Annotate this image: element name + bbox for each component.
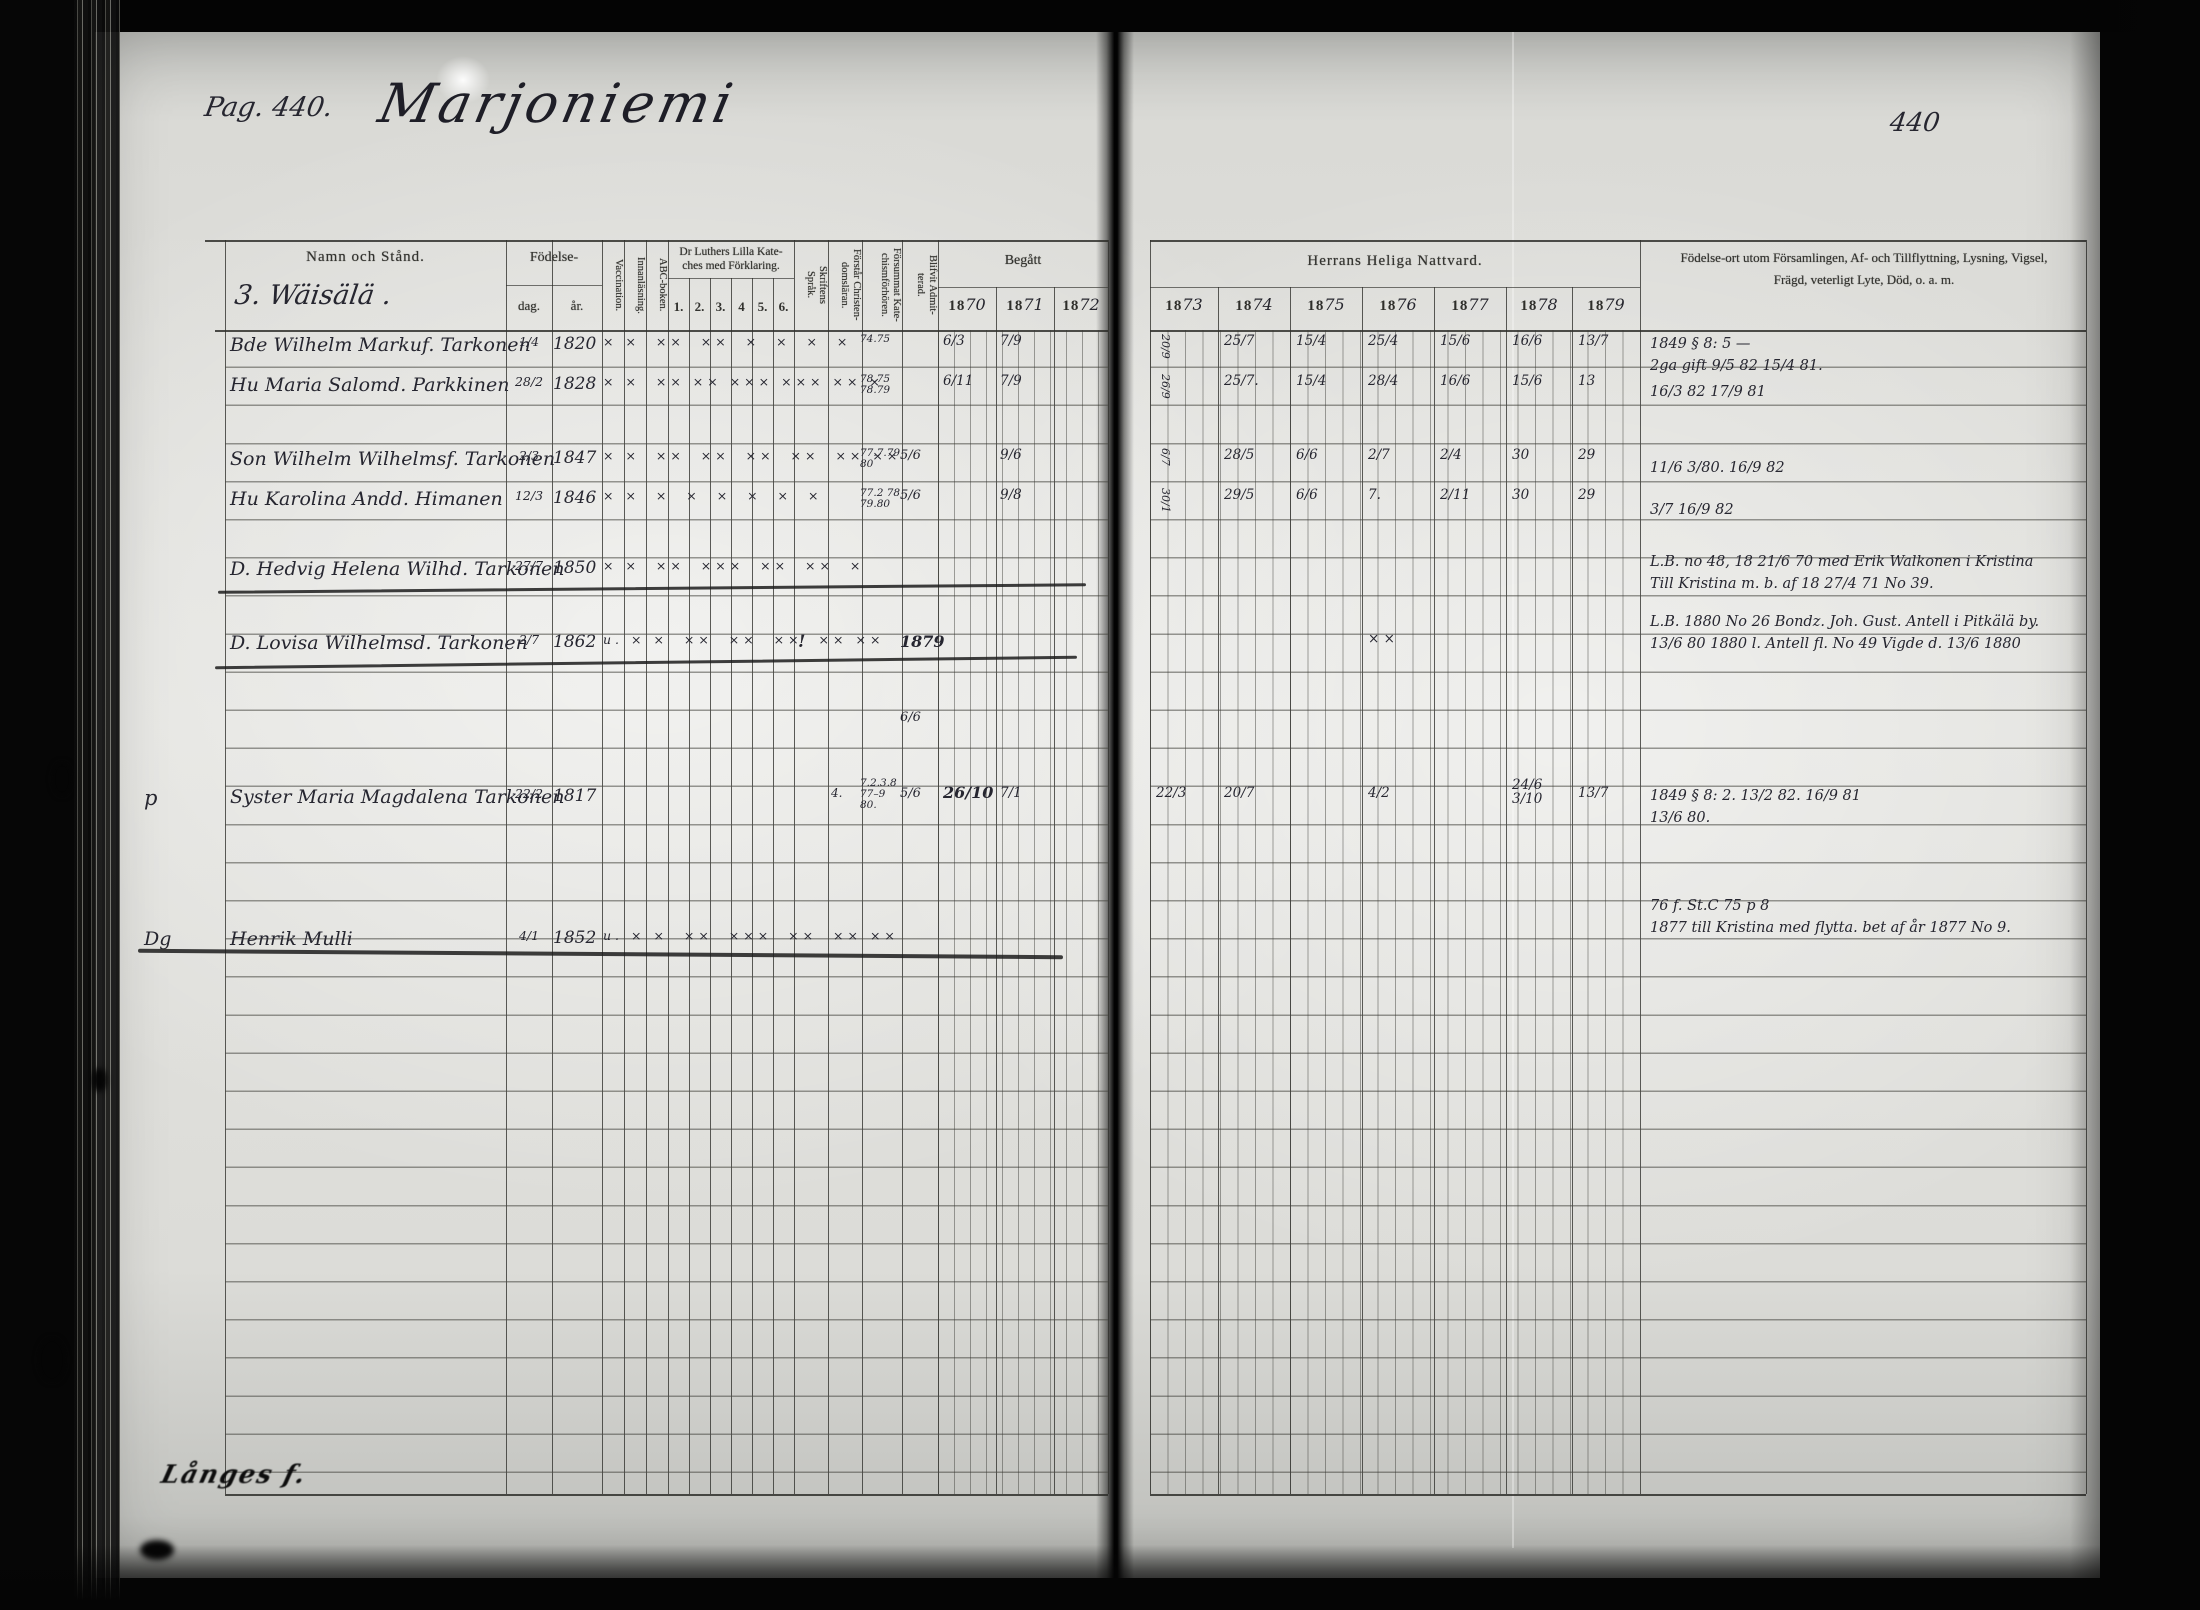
- cell-1873: 30/1: [1156, 488, 1172, 532]
- cell-1871: 7/9: [1000, 334, 1056, 348]
- cell-1878: 15/6: [1512, 374, 1568, 388]
- table-row: Hu Maria Salomd. Parkkinen 28/2 1828 × ×…: [0, 372, 2200, 412]
- year-written: 77: [1468, 295, 1488, 314]
- cell-birth-year: 1846: [553, 488, 603, 508]
- cell-note: 16/3 82 17/9 81: [1650, 382, 2084, 404]
- cell-1879: 13/7: [1578, 334, 1634, 348]
- cell-exam-marks: × × ×× ×× × × × ×: [603, 334, 799, 349]
- cell-birth-day: 2/3: [507, 448, 551, 463]
- page-title: Marjoniemi: [373, 72, 741, 135]
- film-border-bottom: [0, 1545, 2200, 1610]
- header-dag: dag.: [506, 298, 552, 314]
- table-row: p Syster Maria Magdalena Tarkonen 22/2 1…: [0, 784, 2200, 824]
- table-row: Son Wilhelm Wilhelmsf. Tarkonen 2/3 1847…: [0, 446, 2200, 486]
- cell-1875: 15/4: [1296, 374, 1352, 388]
- year-printed: 18: [1307, 298, 1324, 314]
- cell-1874: 25/7: [1224, 334, 1280, 348]
- cell-exam-marks: × × ×× ×× ×× ×× ×× ××: [603, 448, 799, 463]
- signature-scribble: Långes f.: [158, 1460, 310, 1489]
- cell-1878: 30: [1512, 448, 1568, 462]
- cell-1876: × ×: [1368, 632, 1424, 646]
- year-1877: 1877: [1434, 295, 1506, 315]
- cell-1876: 4/2: [1368, 786, 1424, 800]
- cell-birth-day: 27/7: [507, 558, 551, 573]
- cell-1878: 30: [1512, 488, 1568, 502]
- cell-margin-mark: Dg: [144, 928, 214, 950]
- cell-note: L.B. 1880 No 26 Bondz. Joh. Gust. Antell…: [1650, 612, 2084, 655]
- cell-exam-marks: × × ×× ×× ××× ××× ×× ×: [603, 374, 799, 389]
- cell-birth-year: 1817: [553, 786, 603, 806]
- cell-1874: 25/7.: [1224, 374, 1280, 388]
- table-top-line: [205, 240, 1108, 242]
- cell-birth-day: 12/3: [507, 488, 551, 503]
- cell-1875: 6/6: [1296, 448, 1352, 462]
- cell-name: Son Wilhelm Wilhelmsf. Tarkonen: [230, 448, 504, 470]
- cell-birth-day: 22/2: [507, 786, 551, 801]
- year-printed: 18: [1165, 298, 1182, 314]
- year-printed: 18: [1520, 298, 1537, 314]
- cell-admitted: 5/6: [900, 448, 972, 463]
- header-katekes-2: 2.: [689, 299, 710, 315]
- year-1873: 1873: [1150, 295, 1218, 315]
- cell-name: Hu Karolina Andd. Himanen: [230, 488, 504, 510]
- year-written: 78: [1537, 295, 1557, 314]
- cell-skrift: !: [798, 632, 826, 652]
- cell-1879: 29: [1578, 488, 1634, 502]
- cell-forsummat: 77.2 78 79.80: [860, 488, 904, 510]
- cell-1870: 6/11: [943, 374, 999, 388]
- table-top-line: [1150, 240, 2086, 242]
- ink-blob: [140, 1540, 174, 1560]
- cell-1875: 6/6: [1296, 488, 1352, 502]
- cell-birth-day: 2/7: [507, 632, 551, 647]
- cell-birth-year: 1828: [553, 374, 603, 394]
- header-begatt: Begått: [938, 253, 1108, 269]
- cell-1879: 13: [1578, 374, 1634, 388]
- cell-name: D. Lovisa Wilhelmsd. Tarkonen: [230, 632, 504, 654]
- cell-birth-year: 1850: [553, 558, 603, 578]
- cell-1878: 16/6: [1512, 334, 1568, 348]
- cell-admitted: 1879: [900, 632, 972, 651]
- cell-1877: 2/11: [1440, 488, 1496, 502]
- cell-name: Hu Maria Salomd. Parkkinen: [230, 374, 504, 396]
- cell-note: 1849 § 8: 5 — 2ga gift 9/5 82 15/4 81.: [1650, 334, 2084, 377]
- year-written: 76: [1396, 295, 1416, 314]
- year-1875: 1875: [1290, 295, 1362, 315]
- cell-note: 1849 § 8: 2. 13/2 82. 16/9 81 13/6 80.: [1650, 786, 2084, 829]
- cell-1877: 16/6: [1440, 374, 1496, 388]
- cell-name: Bde Wilhelm Markuf. Tarkonen: [230, 334, 504, 356]
- table-row: 6/6: [0, 708, 2200, 748]
- cell-birth-day: 28/2: [507, 374, 551, 389]
- ink-blob: [92, 1068, 107, 1092]
- cell-1878: 24/6 3/10: [1512, 778, 1568, 806]
- cell-birth-day: 1/4: [507, 334, 551, 349]
- header-nattvard: Herrans Heliga Nattvard.: [1150, 253, 1640, 270]
- film-border-right: [2070, 0, 2200, 1610]
- cell-1876: 28/4: [1368, 374, 1424, 388]
- header-namn: Namn och Stånd.: [225, 249, 506, 266]
- table-bottom-line: [225, 1494, 1108, 1496]
- cell-1871: 7/9: [1000, 374, 1056, 388]
- page-label-left: Pag. 440.: [202, 92, 335, 123]
- header-ar: år.: [552, 298, 602, 314]
- year-printed: 18: [1062, 298, 1079, 314]
- cell-birth-day: 4/1: [507, 928, 551, 943]
- cell-note: 3/7 16/9 82: [1650, 500, 2084, 522]
- cell-1871: 9/8: [1000, 488, 1056, 502]
- cell-forsummat: 74.75: [860, 334, 904, 345]
- cell-birth-year: 1852: [553, 928, 603, 948]
- cell-1874: 28/5: [1224, 448, 1280, 462]
- film-scan: Pag. 440. Marjoniemi 440 Namn och Stånd.…: [0, 0, 2200, 1610]
- header-katekes-1: 1.: [668, 299, 689, 315]
- year-1874: 1874: [1218, 295, 1290, 315]
- header-katekes-3: 3.: [710, 299, 731, 315]
- cell-birth-year: 1862: [553, 632, 603, 652]
- film-border-top: [0, 0, 2200, 32]
- year-written: 70: [965, 295, 985, 314]
- cell-birth-year: 1847: [553, 448, 603, 468]
- cell-name: Syster Maria Magdalena Tarkonen: [230, 786, 504, 808]
- cell-note: L.B. no 48, 18 21/6 70 med Erik Walkonen…: [1650, 552, 2084, 595]
- year-written: 72: [1079, 295, 1099, 314]
- cell-forsummat: 7.2.3.8 77–9 80.: [860, 778, 904, 811]
- cell-name: D. Hedvig Helena Wilhd. Tarkonen: [230, 558, 504, 580]
- table-bottom-line: [1150, 1494, 2086, 1496]
- cell-note: 76 f. St.C 75 p 8 1877 till Kristina med…: [1650, 896, 2084, 939]
- year-written: 74: [1252, 295, 1272, 314]
- ink-blob: [38, 1338, 66, 1382]
- village-heading: 3. Wäisälä .: [233, 280, 394, 311]
- header-forstar: Förstår Christen- domsläran.: [828, 243, 862, 327]
- cell-exam-marks: u. × × ×× ×× ×× ×× ××: [603, 632, 799, 647]
- cell-forsummat: 77.7.79 80: [860, 448, 904, 470]
- cell-1873: 26/9: [1156, 374, 1172, 418]
- cell-exam-marks: u. × × ×× ××× ×× ×× ××: [603, 928, 799, 943]
- header-vaccination: Vaccination.: [602, 243, 624, 327]
- cell-margin-mark: p: [144, 786, 214, 810]
- year-printed: 18: [1379, 298, 1396, 314]
- year-written: 73: [1182, 295, 1202, 314]
- cell-1875: 15/4: [1296, 334, 1352, 348]
- cell-exam-marks: × × ×× ××× ×× ×× ×: [603, 558, 799, 573]
- header-split-line: [938, 287, 1108, 288]
- cell-1874: 20/7: [1224, 786, 1280, 800]
- cell-1873: 22/3: [1156, 786, 1212, 800]
- cell-1879: 13/7: [1578, 786, 1634, 800]
- year-1871: 1871: [996, 295, 1054, 315]
- header-split-line: [506, 285, 602, 286]
- cell-1876: 7.: [1368, 488, 1424, 502]
- cell-1879: 29: [1578, 448, 1634, 462]
- header-skriftens: Skriftens Språk.: [794, 243, 828, 327]
- header-innanlasning: Innanläsning.: [624, 243, 646, 327]
- cell-1877: 2/4: [1440, 448, 1496, 462]
- cell-1874: 29/5: [1224, 488, 1280, 502]
- cell-exam-marks: × × × × × × × ×: [603, 488, 799, 503]
- header-abc: ABC-boken.: [646, 243, 668, 327]
- year-1876: 1876: [1362, 295, 1434, 315]
- cell-1870: 26/10: [943, 786, 999, 800]
- column-line: [1108, 240, 1109, 1494]
- year-printed: 18: [1235, 298, 1252, 314]
- year-1878: 1878: [1506, 295, 1572, 315]
- table-row-struck: Dg Henrik Mulli 4/1 1852 u. × × ×× ××× ×…: [0, 926, 2200, 966]
- header-katekes: Dr Luthers Lilla Kate- ches med Förklari…: [668, 245, 794, 273]
- book-edge-pages: [74, 0, 120, 1610]
- year-printed: 18: [948, 298, 965, 314]
- year-written: 79: [1604, 295, 1624, 314]
- cell-forsummat: 78.75 78.79: [860, 374, 904, 396]
- cell-1871: 7/1: [1000, 786, 1056, 800]
- year-printed: 18: [1006, 298, 1023, 314]
- header-forsummat: Försummat Kate- chismförhören.: [862, 243, 902, 327]
- header-split-line: [1150, 287, 1640, 288]
- year-printed: 18: [1451, 298, 1468, 314]
- cell-admitted: 6/6: [900, 710, 972, 725]
- table-row: Bde Wilhelm Markuf. Tarkonen 1/4 1820 × …: [0, 332, 2200, 372]
- year-written: 75: [1324, 295, 1344, 314]
- year-1870: 1870: [938, 295, 996, 315]
- cell-forstar: 4.: [831, 786, 861, 800]
- cell-1876: 2/7: [1368, 448, 1424, 462]
- header-katekes-6: 6.: [773, 299, 794, 315]
- year-1872: 1872: [1054, 295, 1108, 315]
- cell-1871: 9/6: [1000, 448, 1056, 462]
- cell-1876: 25/4: [1368, 334, 1424, 348]
- header-fodelse: Födelse-: [506, 250, 602, 266]
- header-katekes-5: 5.: [752, 299, 773, 315]
- page-number-right: 440: [1888, 108, 1942, 138]
- year-written: 71: [1023, 295, 1043, 314]
- cell-birth-year: 1820: [553, 334, 603, 354]
- year-printed: 18: [1587, 298, 1604, 314]
- header-notes: Födelse-ort utom Församlingen, Af- och T…: [1648, 247, 2080, 291]
- cell-note: 11/6 3/80. 16/9 82: [1650, 458, 2084, 480]
- cell-1877: 15/6: [1440, 334, 1496, 348]
- cell-name: Henrik Mulli: [230, 928, 504, 950]
- ink-blob: [52, 762, 72, 796]
- header-blifvit: Blifvit Admit- terad.: [902, 243, 938, 327]
- header-katekes-4: 4: [731, 299, 752, 315]
- table-row: Hu Karolina Andd. Himanen 12/3 1846 × × …: [0, 486, 2200, 526]
- cell-1870: 6/3: [943, 334, 999, 348]
- cell-admitted: 5/6: [900, 488, 972, 503]
- year-1879: 1879: [1572, 295, 1640, 315]
